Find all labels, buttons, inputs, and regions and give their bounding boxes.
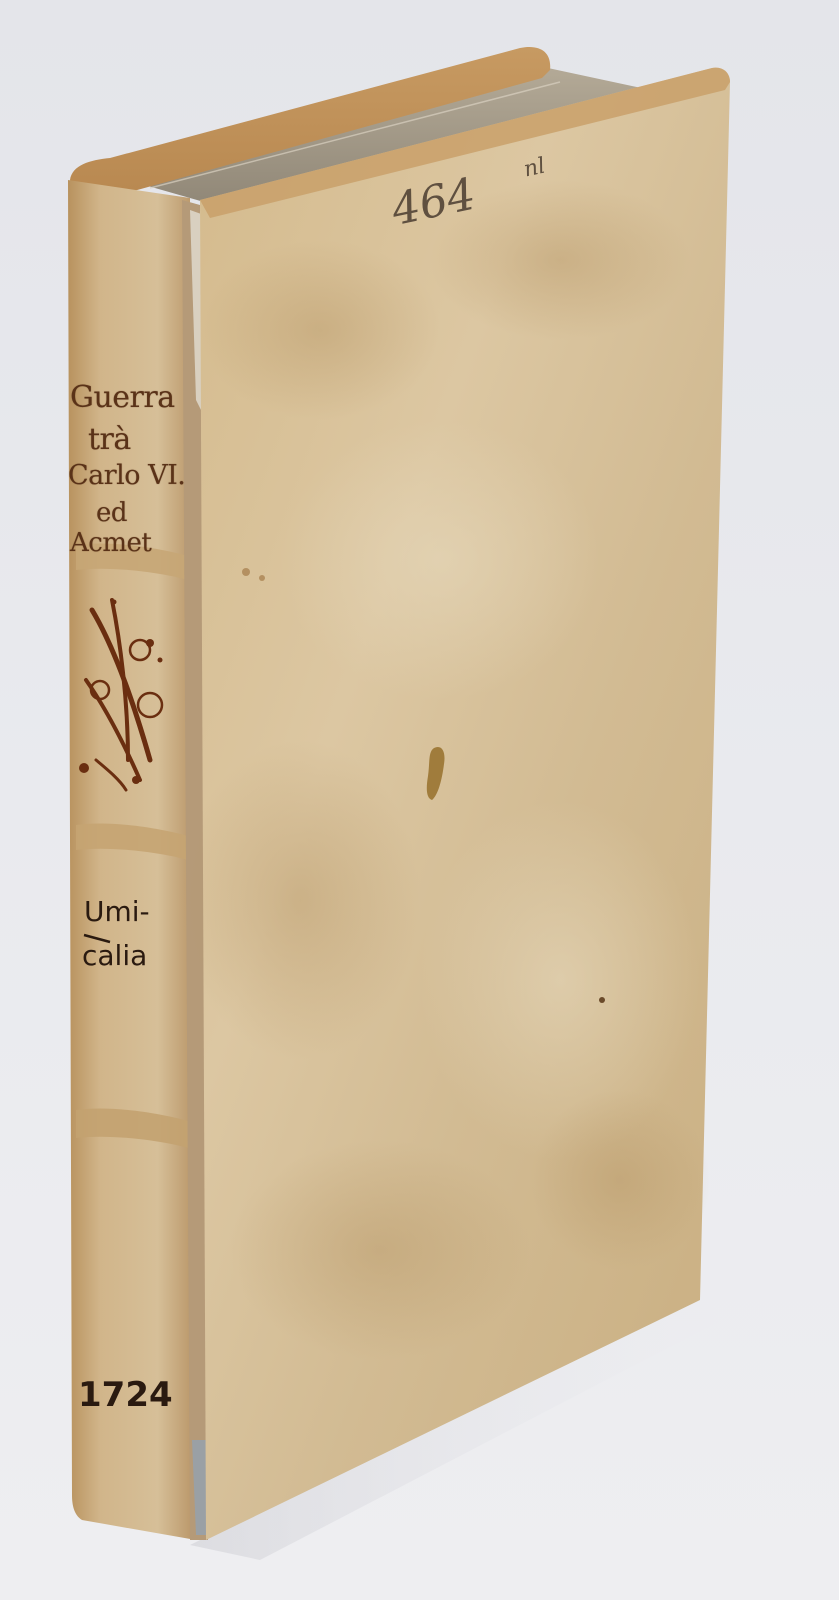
spine-year: 1724	[78, 1378, 173, 1412]
spine-title-line-4: ed	[96, 500, 127, 526]
shelf-mark-suffix: nl	[522, 156, 547, 182]
book-photo: 464 nl Guerra trà Carlo VI. ed Acmet Umi…	[0, 0, 839, 1600]
spine-label-line-2: calia	[82, 942, 147, 970]
spine-title-line-3: Carlo VI.	[68, 462, 185, 489]
spine-label-line-1: Umi-	[84, 898, 150, 926]
spine-title-line-1: Guerra	[70, 383, 175, 413]
spine-title-line-5: Acmet	[70, 530, 151, 556]
spine-title-line-2: trà	[88, 425, 131, 455]
book-illustration	[0, 0, 839, 1600]
